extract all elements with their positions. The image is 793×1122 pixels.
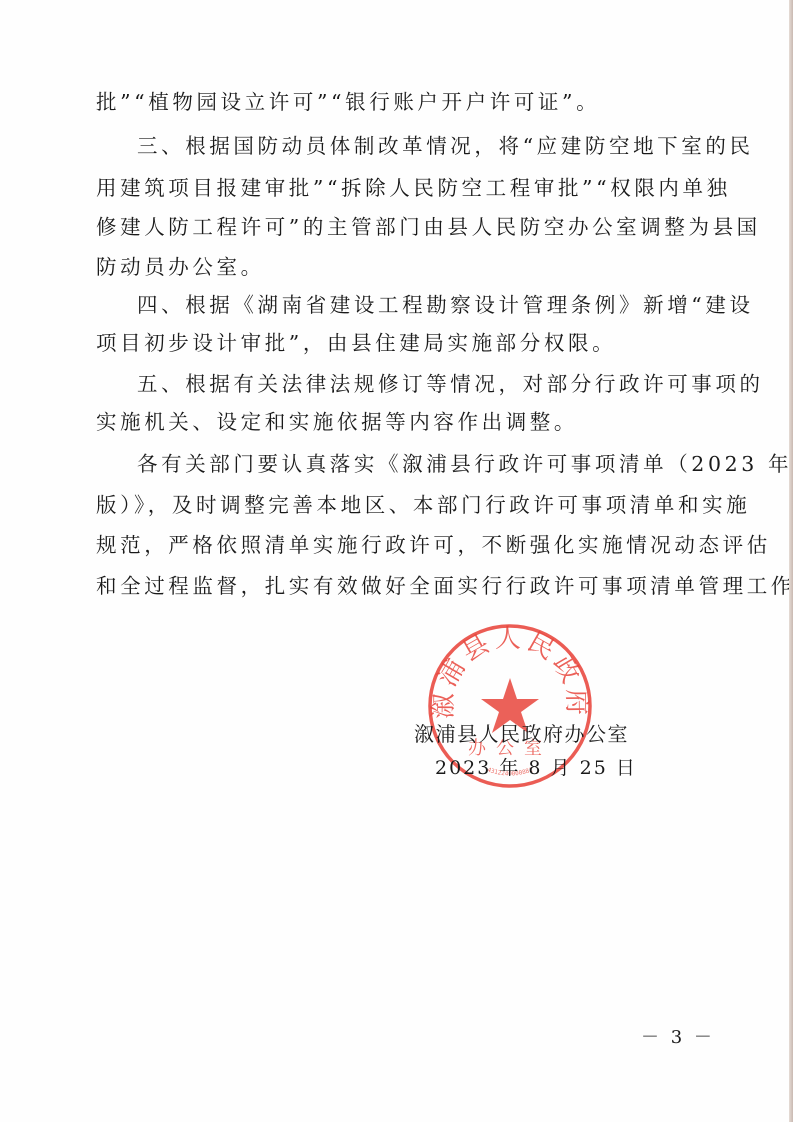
issue-date: 2023 年 8 月 25 日 (435, 753, 637, 780)
paragraph-line: 规范，严格依照清单实施行政许可，不断强化实施情况动态评估 (96, 533, 771, 557)
paragraph-line: 用建筑项目报建审批”“拆除人民防空工程审批”“权限内单独 (96, 176, 731, 200)
paragraph-line: 批”“植物园设立许可”“银行账户开户许可证”。 (96, 90, 600, 114)
paragraph-line: 三、根据国防动员体制改革情况，将“应建防空地下室的民 (137, 134, 754, 158)
paragraph-line: 四、根据《湖南省建设工程勘察设计管理条例》新增“建设 (137, 293, 754, 317)
paragraph-line: 防动员办公室。 (96, 255, 265, 279)
scan-edge (789, 0, 793, 1122)
paragraph-line: 实施机关、设定和实施依据等内容作出调整。 (96, 410, 578, 434)
issuer-signature: 溆浦县人民政府办公室 (414, 718, 629, 747)
document-page: 批”“植物园设立许可”“银行账户开户许可证”。 三、根据国防动员体制改革情况，将… (0, 0, 793, 1122)
paragraph-line: 各有关部门要认真落实《溆浦县行政许可事项清单（2023 年 (137, 452, 792, 476)
paragraph-line: 修建人防工程许可”的主管部门由县人民防空办公室调整为县国 (96, 215, 761, 239)
paragraph-line: 项目初步设计审批”，由县住建局实施部分权限。 (96, 331, 616, 355)
paragraph-line: 和全过程监督，扎实有效做好全面实行行政许可事项清单管理工作。 (96, 574, 793, 598)
page-number: － 3 － (641, 1023, 715, 1049)
paragraph-line: 五、根据有关法律法规修订等情况，对部分行政许可事项的 (137, 372, 764, 396)
paragraph-line: 版）》，及时调整完善本地区、本部门行政许可事项清单和实施 (96, 493, 750, 517)
